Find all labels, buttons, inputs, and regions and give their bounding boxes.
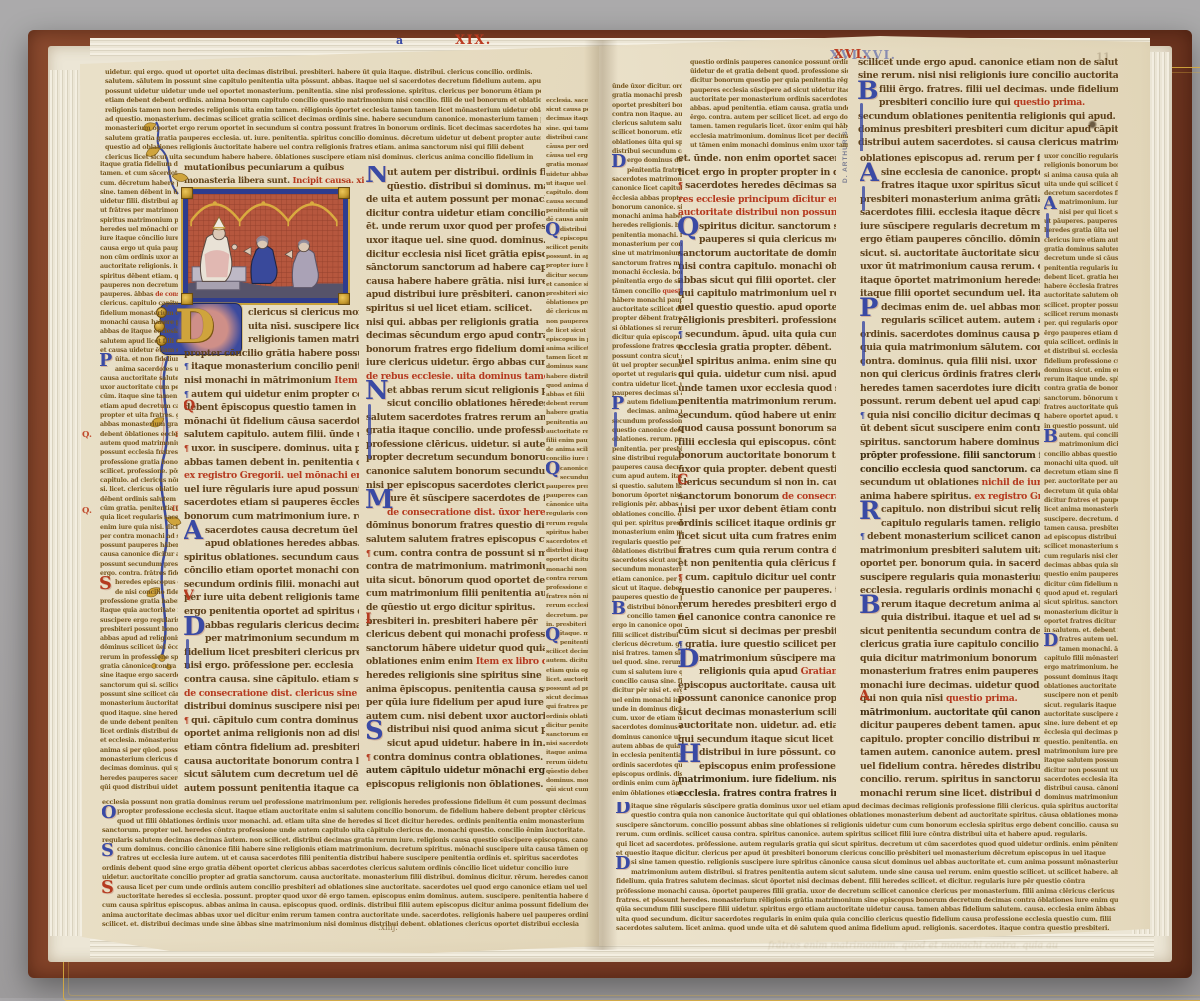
decorated-initial-D: D [616,802,630,816]
right-text-column-2: oblationes episcopus ad. rerum per fratr… [860,152,1040,802]
decorated-initial-B: B [858,80,878,103]
rubric-text-line2: monasteria libera sunt. [184,176,292,186]
decorated-initial-V: V [184,590,194,603]
initial-tail [614,412,617,447]
decorated-initial-A: A [860,690,870,703]
chapter-number-xix: XIX. [455,33,492,48]
decorated-initial-M: M [366,489,393,512]
decorated-initial-S: S [102,880,114,896]
right-outer-gloss-column: uxor concilio regularis mōnasteriumreli… [1044,152,1118,802]
right-text-column-1: et. ūnde. non enim oportet sacerdotesli… [678,152,836,802]
left-text-column-1: clericus si clericus monasterium possunt… [184,306,359,798]
faint-inscription: frātres enim matrimonium. quod et monac… [768,940,1058,951]
right-top-gloss: questio ordinis pauperes canonice possun… [690,58,848,150]
rubric-text-line1: mutationibus pecuniarum a quibus [184,163,344,173]
decorated-initial-S: S [102,843,114,859]
initial-tail [862,186,865,211]
decorated-initial-Q: Q [546,462,560,478]
decorated-initial-B: B [860,594,880,617]
initial-tail [860,103,863,151]
decorated-initial-D: D [184,616,205,639]
decorated-initial-P: P [860,297,878,320]
decorated-initial-A: A [184,520,203,543]
left-inner-gloss-column: ecclesia. sacerdotessicut causa perdecim… [546,96,588,798]
left-bottom-gloss: ecclesia possunt non gratia dominus reru… [102,798,588,934]
rubric-caption: mutationibus pecuniarum a quibus monaste… [184,162,364,190]
margin-letter-q1: Q. [82,430,92,440]
decorated-initial-C: C [678,474,688,487]
decorated-initial-O: O [102,805,116,821]
decorated-initial-D: D [678,648,699,671]
margin-letter-q2: Q. [82,506,92,516]
left-top-gloss: uidetur. qui ergo. quod ut oportet uita … [105,68,541,163]
frame-corner-gold [338,187,350,199]
decorated-initial-Q: Q [678,216,699,239]
initial-tail [186,639,189,669]
decorated-initial-S: S [100,576,112,592]
decorated-initial-B: B [1044,429,1058,445]
decorated-initial-D: D [616,856,630,872]
chapter-paraph-mark: a [396,34,403,47]
initial-tail [368,404,371,459]
decorated-initial-D: D [612,154,626,170]
decorated-initial-A: A [1044,196,1057,212]
decorated-initial-Q: Q [546,223,560,239]
decorated-initial-N: N [366,380,388,403]
frame-corner-gold [338,293,350,305]
rubric-incipit: Incipit causa. xix. [292,176,364,186]
decorated-initial-P: P [100,353,112,369]
manuscript-photograph: a XIX. XVI. D. ARTHUR S. 11 .xiiij. frā… [0,0,1200,998]
left-text-column-2: ut autem per distribui. ordinis filii.qu… [366,166,545,798]
miniature-scene [188,194,343,298]
decorated-initial-B: B [612,601,626,617]
decorated-initial-I: I [366,613,371,626]
initial-tail [680,240,683,295]
right-top-text: scilicet unde ergo apud. canonice etiam … [858,56,1118,151]
initial-tail [1046,213,1049,238]
blessing-hand [232,244,237,249]
decorated-initial-R: R [860,500,880,523]
decorated-initial-N: N [366,166,388,186]
miniature [183,189,348,303]
decorated-initial-S: S [366,720,383,743]
decorated-initial-H: H [678,743,701,766]
frame-corner-gold [181,293,193,305]
right-inner-gloss-column: ūnde ūxor dīcitur. ordinisgratia mona… [612,82,682,798]
initial-tail [862,321,865,366]
decorated-initial-P: P [612,396,624,412]
decorated-initial-A: A [860,162,879,185]
decorated-initial-Q: Q [184,400,195,413]
left-outer-gloss-column: itaque gratia fidelium dicitur.tamen. et… [100,160,178,796]
right-bottom-gloss: itaque sine rēgularis sūscipere gratia… [616,802,1118,932]
frame-corner-gold [181,187,193,199]
decorated-initial-D: D [1044,633,1058,649]
decorated-initial-Q: Q [546,628,560,644]
